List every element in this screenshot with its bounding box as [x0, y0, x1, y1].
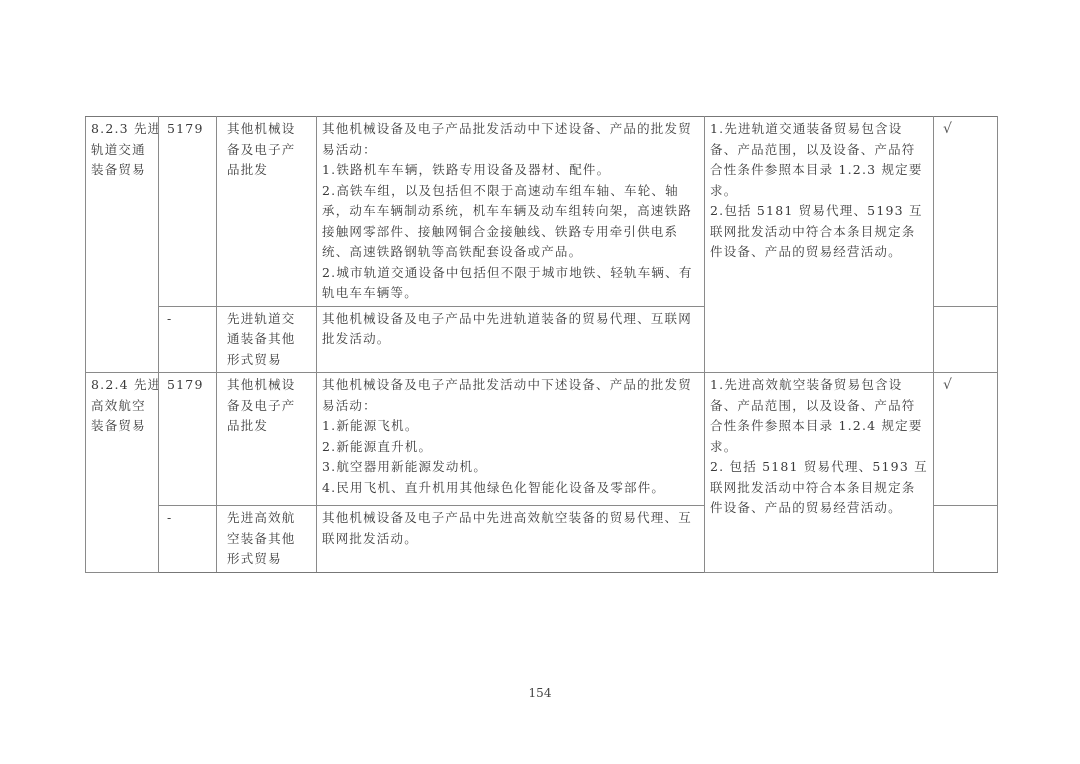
industry-name: 品批发: [227, 160, 311, 181]
mark-cell: √: [934, 117, 998, 307]
table-row: 8.2.3 先进 轨道交通 装备贸易 5179 其他机械设 备及电子产 品批发 …: [86, 117, 998, 307]
industry-name: 空装备其他: [227, 529, 311, 550]
description-cell: 其他机械设备及电子产品批发活动中下述设备、产品的批发贸易活动： 1.铁路机车车辆…: [317, 117, 705, 307]
description-text: 4.民用飞机、直升机用其他绿色化智能化设备及零部件。: [322, 478, 699, 499]
page-number: 154: [0, 686, 1080, 700]
item-text: 高效航空: [91, 396, 153, 417]
conditions-cell: 1.先进轨道交通装备贸易包含设备、产品范围，以及设备、产品符合性条件参照本目录 …: [705, 117, 934, 373]
code-cell: 5179: [159, 117, 217, 307]
description-text: 3.航空器用新能源发动机。: [322, 457, 699, 478]
industry-name: 先进轨道交: [227, 309, 311, 330]
conditions-cell: 1.先进高效航空装备贸易包含设备、产品范围，以及设备、产品符合性条件参照本目录 …: [705, 373, 934, 573]
conditions-text: 1.先进高效航空装备贸易包含设备、产品范围，以及设备、产品符合性条件参照本目录 …: [710, 375, 928, 457]
item-text: 轨道交通: [91, 140, 153, 161]
industry-name: 备及电子产: [227, 396, 311, 417]
description-text: 1.新能源飞机。: [322, 416, 699, 437]
industry-name: 品批发: [227, 416, 311, 437]
industry-name: 其他机械设: [227, 375, 311, 396]
industry-name: 形式贸易: [227, 549, 311, 570]
code-cell: -: [159, 306, 217, 373]
industry-name: 先进高效航: [227, 508, 311, 529]
industry-name-cell: 其他机械设 备及电子产 品批发: [217, 373, 317, 506]
description-text: 1.铁路机车车辆，铁路专用设备及器材、配件。: [322, 160, 699, 181]
industry-code: 5179: [167, 377, 204, 392]
description-cell: 其他机械设备及电子产品批发活动中下述设备、产品的批发贸易活动： 1.新能源飞机。…: [317, 373, 705, 506]
conditions-text: 2.包括 5181 贸易代理、5193 互联网批发活动中符合本条目规定条件设备、…: [710, 201, 928, 263]
item-text: 8.2.4 先进: [91, 375, 153, 396]
mark-cell: [934, 506, 998, 573]
table-row: 8.2.4 先进 高效航空 装备贸易 5179 其他机械设 备及电子产 品批发 …: [86, 373, 998, 506]
industry-name-cell: 先进轨道交 通装备其他 形式贸易: [217, 306, 317, 373]
description-text: 2.高铁车组，以及包括但不限于高速动车组车轴、车轮、轴承，动车车辆制动系统，机车…: [322, 181, 699, 263]
code-cell: 5179: [159, 373, 217, 506]
description-text: 其他机械设备及电子产品中先进高效航空装备的贸易代理、互联网批发活动。: [322, 508, 699, 549]
industry-code: 5179: [167, 121, 204, 136]
industry-name: 形式贸易: [227, 350, 311, 371]
checkmark-icon: √: [939, 377, 953, 393]
description-cell: 其他机械设备及电子产品中先进轨道装备的贸易代理、互联网批发活动。: [317, 306, 705, 373]
item-text: 8.2.3 先进: [91, 119, 153, 140]
description-text: 其他机械设备及电子产品批发活动中下述设备、产品的批发贸易活动：: [322, 119, 699, 160]
item-cell: 8.2.4 先进 高效航空 装备贸易: [86, 373, 159, 573]
item-text: 装备贸易: [91, 416, 153, 437]
item-cell: 8.2.3 先进 轨道交通 装备贸易: [86, 117, 159, 373]
description-text: 2.新能源直升机。: [322, 437, 699, 458]
checkmark-icon: √: [939, 121, 953, 137]
industry-name: 其他机械设: [227, 119, 311, 140]
description-text: 其他机械设备及电子产品批发活动中下述设备、产品的批发贸易活动：: [322, 375, 699, 416]
conditions-text: 1.先进轨道交通装备贸易包含设备、产品范围，以及设备、产品符合性条件参照本目录 …: [710, 119, 928, 201]
description-cell: 其他机械设备及电子产品中先进高效航空装备的贸易代理、互联网批发活动。: [317, 506, 705, 573]
industry-code: -: [167, 311, 172, 326]
code-cell: -: [159, 506, 217, 573]
industry-name-cell: 先进高效航 空装备其他 形式贸易: [217, 506, 317, 573]
checkmark-icon: [939, 311, 943, 327]
industry-name-cell: 其他机械设 备及电子产 品批发: [217, 117, 317, 307]
industry-name: 备及电子产: [227, 140, 311, 161]
description-text: 其他机械设备及电子产品中先进轨道装备的贸易代理、互联网批发活动。: [322, 309, 699, 350]
industry-name: 通装备其他: [227, 329, 311, 350]
mark-cell: [934, 306, 998, 373]
industry-code: -: [167, 510, 172, 525]
checkmark-icon: [939, 510, 943, 526]
mark-cell: √: [934, 373, 998, 506]
industry-catalog-table: 8.2.3 先进 轨道交通 装备贸易 5179 其他机械设 备及电子产 品批发 …: [85, 116, 998, 573]
item-text: 装备贸易: [91, 160, 153, 181]
description-text: 2.城市轨道交通设备中包括但不限于城市地铁、轻轨车辆、有轨电车车辆等。: [322, 263, 699, 304]
conditions-text: 2. 包括 5181 贸易代理、5193 互联网批发活动中符合本条目规定条件设备…: [710, 457, 928, 519]
document-page: 8.2.3 先进 轨道交通 装备贸易 5179 其他机械设 备及电子产 品批发 …: [0, 0, 1080, 764]
